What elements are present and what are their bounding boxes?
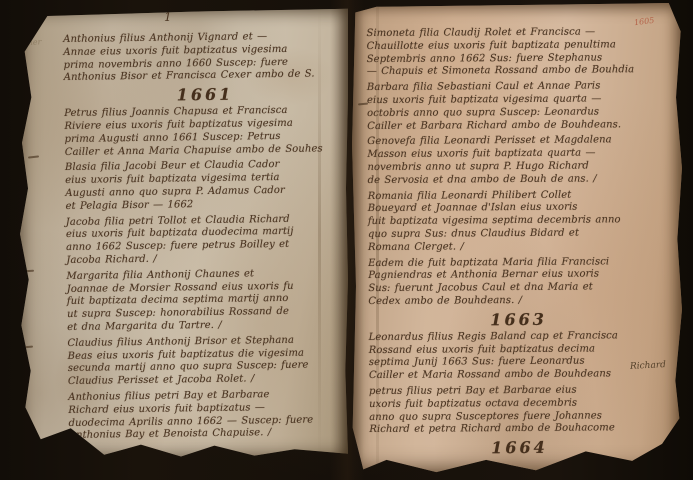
baptism-entry: Genovefa filia Leonardi Perisset et Magd… — [367, 134, 667, 187]
page-number: 1 — [164, 10, 173, 24]
manuscript-line: Cedex ambo de Bouhdeans. / — [368, 294, 668, 309]
manuscript-scan: 1 huier Anthonius filius Anthonij Vignar… — [0, 0, 693, 480]
manuscript-line: — Chapuis et Simoneta Rossand ambo de Bo… — [367, 64, 667, 79]
baptism-entry: Eadem die fuit baptizata Maria filia Fra… — [368, 255, 668, 308]
margin-dash-mark — [24, 270, 34, 272]
baptism-entry: Simoneta filia Claudij Rolet et Francisc… — [366, 26, 666, 79]
baptism-entry: Petrus filius Joannis Chapusa et Francis… — [64, 104, 347, 159]
manuscript-line: Cailler et Barbara Richard ambo de Bouhd… — [367, 119, 667, 134]
year-heading: 1663 — [368, 310, 668, 330]
manuscript-line: Anthonius Bay et Benoista Chapuise. / — [69, 426, 351, 443]
manuscript-line: Richard et petra Richard ambo de Bouhaco… — [369, 422, 669, 437]
baptism-entry: petrus filius petri Bay et Barbarae eius… — [369, 384, 669, 437]
manuscript-line: Cailler et Maria Rossand ambo de Bouhdea… — [369, 368, 669, 383]
baptism-entry: Barbara filia Sebastiani Caul et Annae P… — [367, 80, 667, 133]
manuscript-right-page: 1605 Richard Simoneta filia Claudij Role… — [350, 3, 682, 475]
manuscript-line: Jacoba Richard. / — [66, 251, 348, 268]
baptism-entry: Blasia filia Jacobi Beur et Claudia Cado… — [65, 158, 348, 213]
right-page-text: Simoneta filia Claudij Rolet et Francisc… — [366, 26, 669, 460]
manuscript-line: de Servosia et dna ambo de Bouh de ans. … — [368, 173, 668, 188]
baptism-entry: Jacoba filia petri Tollot et Claudia Ric… — [66, 213, 349, 268]
baptism-entry: Anthonius filius Anthonij Vignard et —An… — [63, 30, 346, 85]
year-heading: 1661 — [64, 84, 346, 106]
baptism-entry: Margarita filia Anthonij Chaunes etJoann… — [66, 267, 349, 335]
corner-annotation: huier — [20, 37, 42, 47]
baptism-entry: Claudius filius Anthonij Brisor et Steph… — [67, 334, 350, 389]
manuscript-line: Romana Clerget. / — [368, 240, 668, 255]
baptism-entry: Anthonius filius petri Bay et BarbaraeRi… — [68, 388, 351, 443]
baptism-entry: Romania filia Leonardi Philibert ColletB… — [368, 189, 668, 255]
manuscript-line: Anthonius Bisor et Francisca Cexer ambo … — [64, 68, 346, 85]
manuscript-line: Claudius Perisset et Jacoba Rolet. / — [68, 372, 350, 389]
manuscript-left-page: 1 huier Anthonius filius Anthonij Vignar… — [14, 6, 348, 462]
left-page-text: Anthonius filius Anthonij Vignard et —An… — [63, 30, 351, 446]
baptism-entry: Leonardus filius Regis Baland cap et Fra… — [369, 330, 669, 383]
margin-dash-mark — [28, 155, 39, 158]
manuscript-line: et dna Margarita du Tartre. / — [67, 318, 349, 335]
year-heading: 1664 — [369, 438, 669, 458]
margin-dash-mark — [22, 346, 33, 349]
